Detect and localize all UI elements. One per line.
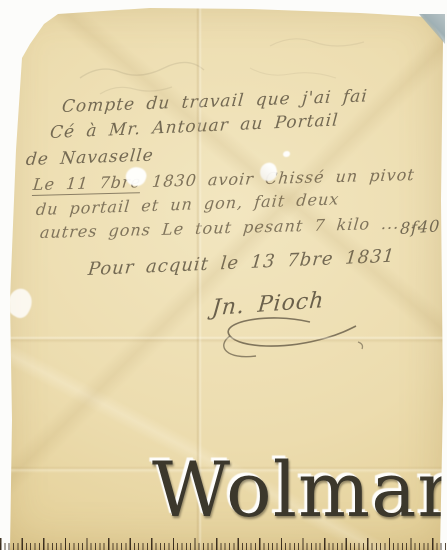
paper-sheet: Compte du travail que j'ai fai Cé à Mr. … [0,0,447,550]
measurement-ruler [0,537,447,550]
paper-damage-spot [283,151,290,157]
signature-flourish [198,316,368,364]
amount-value: 8f40 [399,216,440,238]
manuscript-line-6: autres gons Le tout pesant 7 kilo ... .. [39,213,424,242]
line-4-rest: 1830 avoir Chissé un pivot [140,165,415,191]
wolmar-watermark: Wolmar [152,452,447,528]
manuscript-line-4: Le 11 7bre 1830 avoir Chissé un pivot [32,165,416,194]
edge-tear [3,285,38,321]
scanned-document-photo: Compte du travail que j'ai fai Cé à Mr. … [0,0,447,550]
receipt-acquit-line: Pour acquit le 13 7bre 1831 [87,246,396,281]
